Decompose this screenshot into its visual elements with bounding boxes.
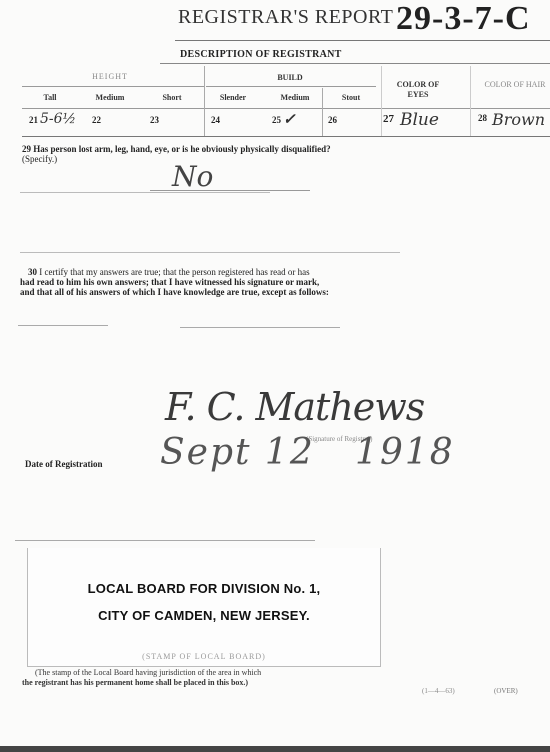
scan-bottom-edge — [0, 746, 550, 752]
cell-number-24: 24 — [211, 115, 220, 125]
cell-number-28: 28 — [478, 113, 487, 123]
col-medium-build: Medium — [272, 93, 318, 102]
question-30-line1: I certify that my answers are true; that… — [39, 267, 309, 277]
registrar-signature: F. C. Mathews — [165, 385, 424, 429]
question-29-text: Has person lost arm, leg, hand, eye, or … — [33, 144, 330, 154]
col-stout: Stout — [326, 93, 376, 102]
table-bottom-rule — [22, 136, 550, 137]
registration-date-value: Sept 12 1918 — [160, 432, 455, 473]
title-rule — [175, 40, 550, 41]
stamp-line-2: CITY OF CAMDEN, NEW JERSEY. — [28, 608, 380, 623]
blank-rule — [20, 252, 400, 253]
question-29-specify: (Specify.) — [22, 154, 57, 164]
divider — [381, 66, 382, 136]
blank-rule — [180, 327, 340, 328]
footer-note-line2: the registrant has his permanent home sh… — [22, 678, 248, 688]
question-30-number: 30 — [28, 267, 37, 277]
local-board-stamp-box: LOCAL BOARD FOR DIVISION No. 1, CITY OF … — [27, 548, 381, 667]
cell-number-22: 22 — [92, 115, 101, 125]
over-indicator: (OVER) — [494, 687, 518, 695]
col-slender: Slender — [208, 93, 258, 102]
divider — [322, 88, 323, 136]
col-medium-height: Medium — [90, 93, 130, 102]
question-29: 29 Has person lost arm, leg, hand, eye, … — [22, 144, 550, 154]
divider — [470, 66, 471, 136]
footer-note-line1: (The stamp of the Local Board having jur… — [35, 668, 261, 678]
medium-build-checkmark: ✓ — [283, 110, 296, 128]
section-subtitle: DESCRIPTION OF REGISTRANT — [180, 49, 342, 60]
form-title: REGISTRAR'S REPORT — [178, 6, 393, 29]
eyes-header: COLOR OF EYES — [388, 80, 448, 100]
subtitle-rule — [160, 63, 550, 64]
blank-rule — [18, 325, 108, 326]
answer-rule — [150, 190, 310, 191]
hair-color-value: Brown — [492, 110, 545, 129]
cell-number-21: 21 — [29, 115, 38, 125]
stamp-line-1: LOCAL BOARD FOR DIVISION No. 1, — [28, 581, 380, 596]
cell-number-23: 23 — [150, 115, 159, 125]
section-rule — [15, 540, 315, 541]
registration-date-label: Date of Registration — [25, 459, 102, 469]
stamp-caption: (STAMP OF LOCAL BOARD) — [28, 652, 380, 661]
build-group-header: BUILD — [205, 73, 375, 82]
cell-number-26: 26 — [328, 115, 337, 125]
height-rule — [22, 86, 204, 87]
build-rule — [206, 86, 376, 87]
divider — [204, 66, 205, 136]
cell-number-27: 27 — [383, 113, 394, 125]
hair-header: COLOR OF HAIR — [480, 80, 550, 90]
question-30-line2: had read to him his own answers; that I … — [20, 277, 550, 287]
eye-color-value: Blue — [400, 110, 439, 130]
cell-number-25: 25 — [272, 115, 281, 125]
height-value: 5-6½ — [40, 111, 76, 127]
question-29-number: 29 — [22, 144, 31, 154]
answer-rule — [20, 192, 270, 193]
col-short: Short — [152, 93, 192, 102]
height-group-header: HEIGHT — [30, 72, 190, 81]
col-tall: Tall — [30, 93, 70, 102]
serial-number: 29-3-7-C — [396, 0, 531, 38]
form-code: (1—4—63) — [422, 687, 455, 695]
question-29-answer: No — [172, 160, 213, 193]
question-30-line3: and that all of his answers of which I h… — [20, 287, 550, 297]
question-30: 30 I certify that my answers are true; t… — [28, 267, 550, 277]
